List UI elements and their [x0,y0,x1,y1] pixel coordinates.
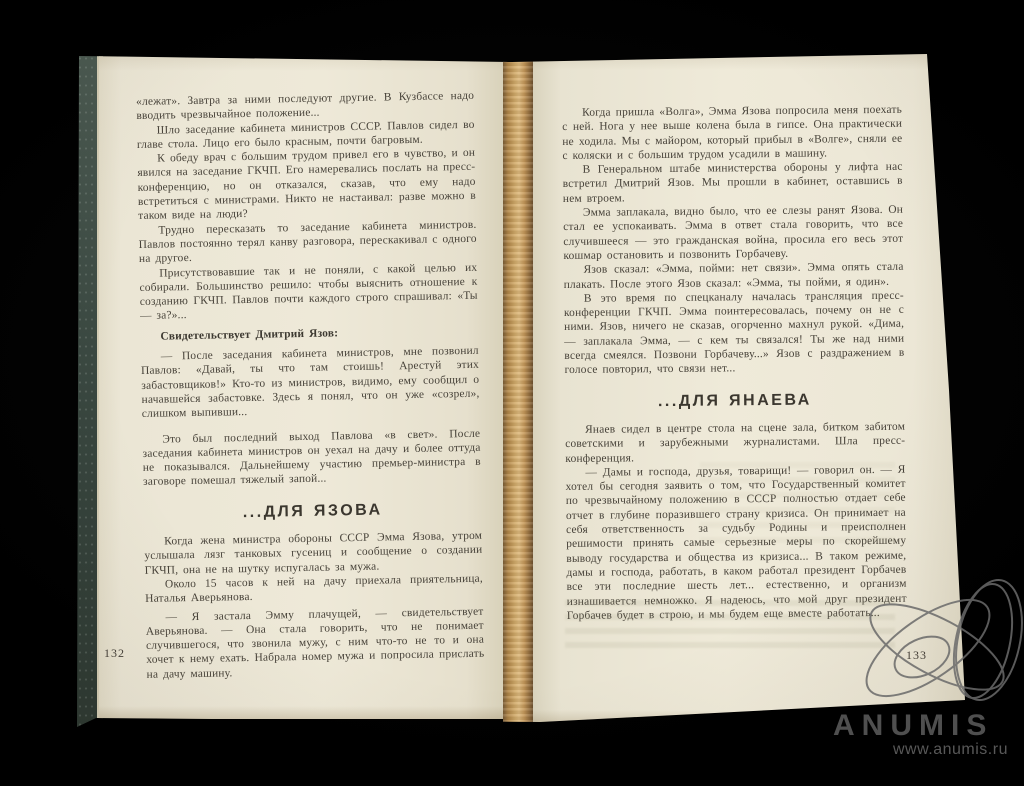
paragraph: Около 15 часов к ней на дачу приехала пр… [145,572,483,607]
paragraph: Янаев сидел в центре стола на сцене зала… [565,420,905,466]
paragraph: В Генеральном штабе министерства обороны… [563,160,903,206]
book-spine-gutter [503,54,533,724]
page-number: 132 [104,646,125,661]
paragraph: Эмма заплакала, видно было, что ее слезы… [563,203,904,263]
watermark-url: www.anumis.ru [893,741,1008,759]
open-book: «лежат». Завтра за ними последуют другие… [0,0,1024,786]
paragraph: — После заседания кабинета министров, мн… [141,344,480,422]
paragraph: К обеду врач с большим трудом привел его… [137,146,476,224]
paragraph: Это был последний выход Павлова «в свет»… [142,426,481,489]
witness-attribution: Свидетельствует Дмитрий Язов: [140,324,478,344]
paragraph: Когда пришла «Волга», Эмма Язова попроси… [562,103,903,163]
paragraph: В это время по спецканалу началась транс… [564,289,905,378]
photo-background: «лежат». Завтра за ними последуют другие… [0,0,1024,786]
section-heading-yazov: ...ДЛЯ ЯЗОВА [144,501,482,521]
paragraph: Трудно пересказать то заседание кабинета… [138,217,477,266]
section-heading-yanaev: ...ДЛЯ ЯНАЕВА [565,392,905,410]
left-page-text: «лежат». Завтра за ними последуют другие… [136,89,485,682]
paragraph: — Я застала Эмму плачущей, — свидетельст… [145,604,484,682]
paragraph: Присутствовавшие так и не поняли, с како… [139,260,478,323]
watermark-brand: ANUMIS [833,709,993,743]
right-page-text: Когда пришла «Волга», Эмма Язова попроси… [562,103,907,623]
paragraph: Когда жена министра обороны СССР Эмма Яз… [144,529,483,578]
page-number: 133 [906,648,927,663]
paragraph: Язов сказал: «Эмма, пойми: нет связи». Э… [564,260,904,292]
paragraph: — Дамы и господа, друзья, товарищи! — го… [565,463,906,624]
